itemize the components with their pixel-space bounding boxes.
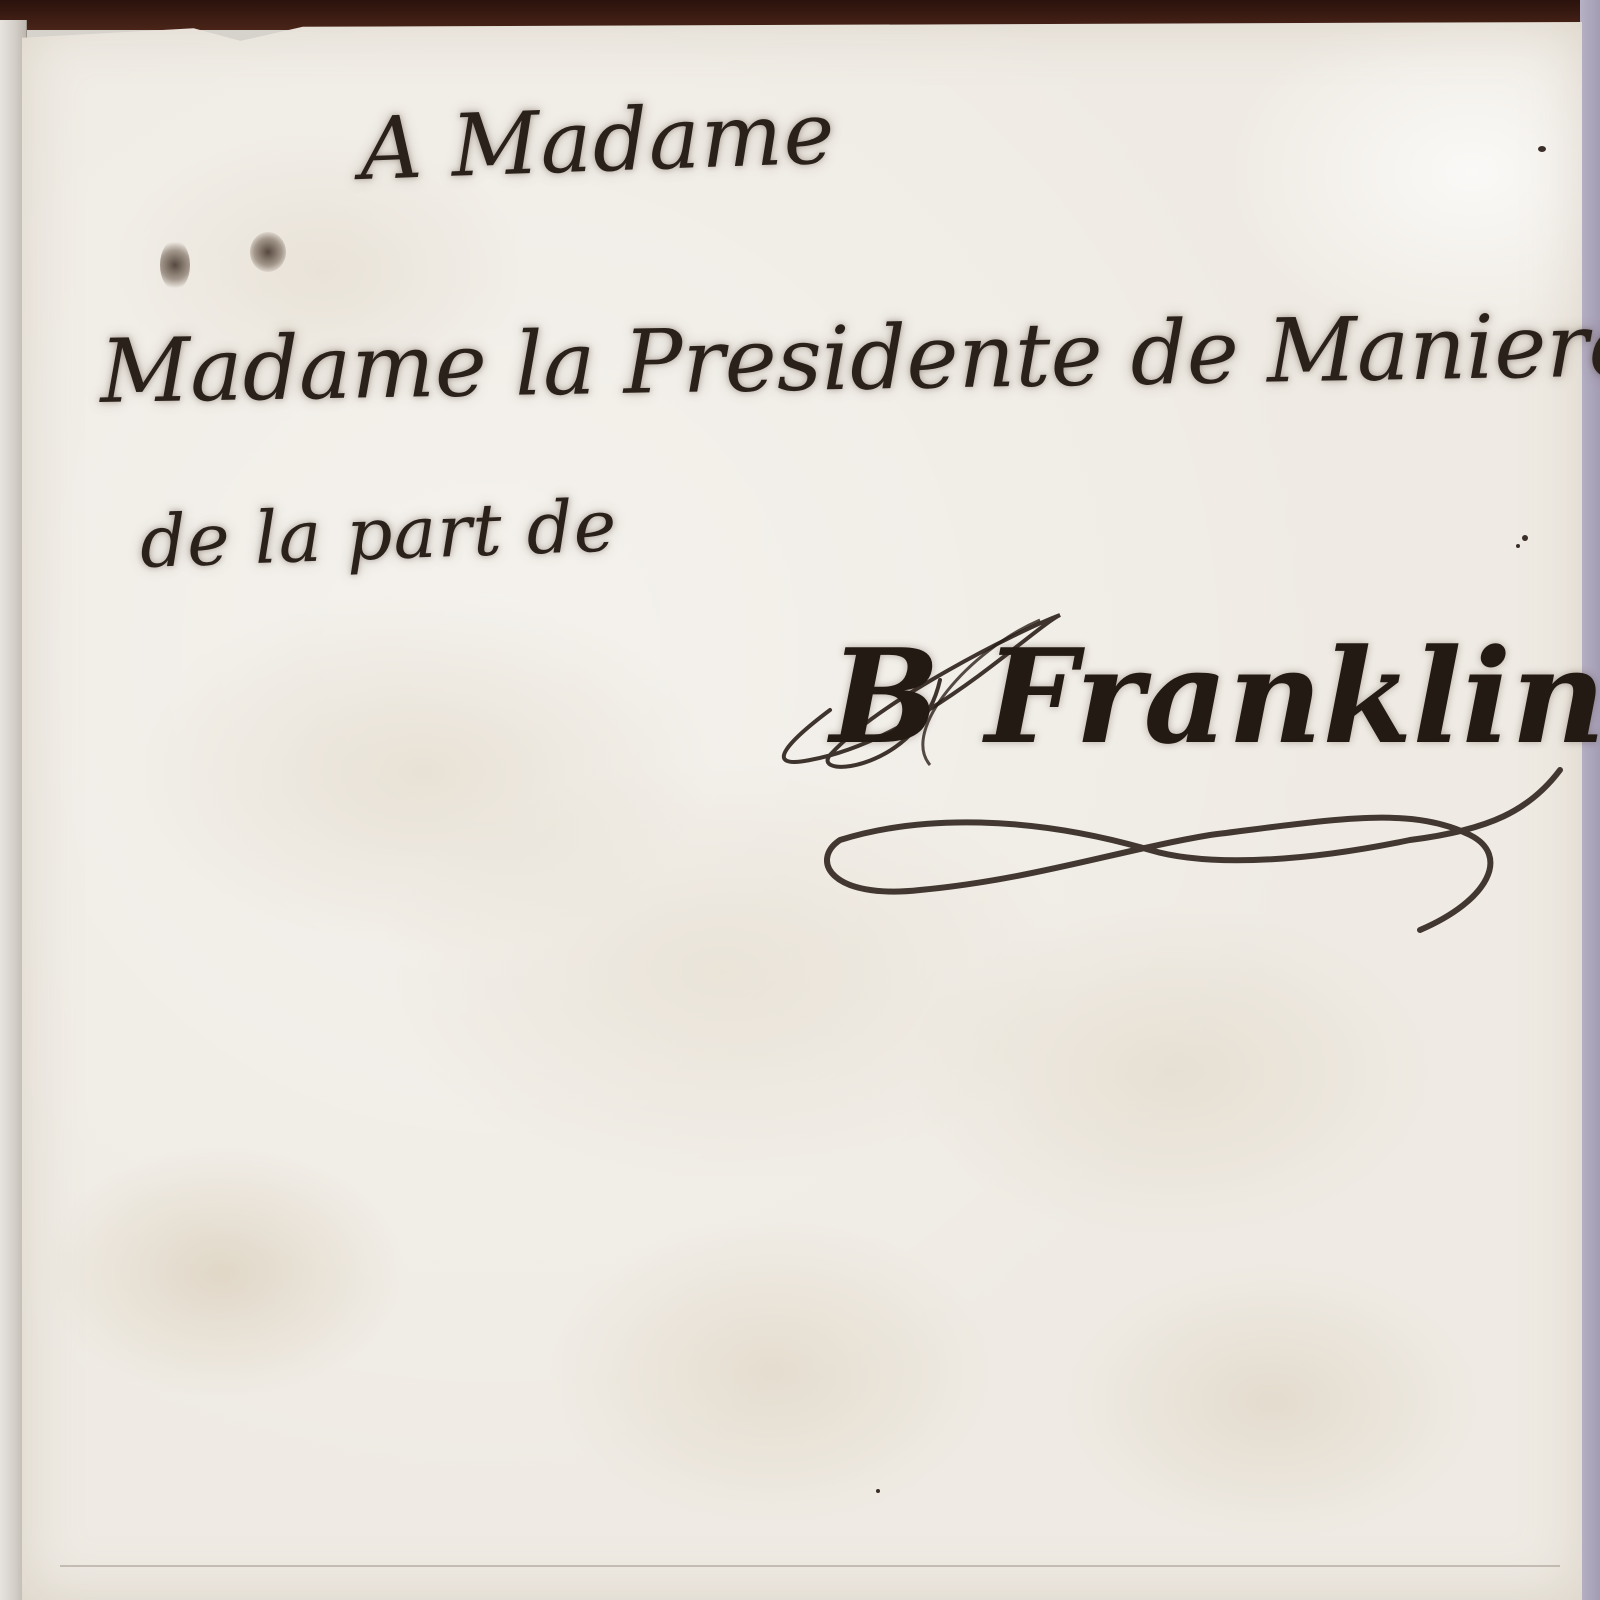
inscription-salutation: A Madame [358, 83, 837, 200]
signature-block: B Franklin [770, 590, 1590, 950]
signature-name: B Franklin [830, 620, 1600, 773]
ink-speck [1522, 535, 1528, 541]
inscription-from: de la part de [139, 483, 619, 584]
paper-crease [60, 1565, 1560, 1567]
ink-blot [160, 240, 190, 290]
ink-speck [876, 1489, 880, 1493]
ink-blot [250, 232, 286, 272]
ink-speck [1538, 146, 1546, 152]
ink-speck [1516, 544, 1520, 548]
photo-frame: A Madame Madame la Presidente de Maniere… [0, 0, 1600, 1600]
